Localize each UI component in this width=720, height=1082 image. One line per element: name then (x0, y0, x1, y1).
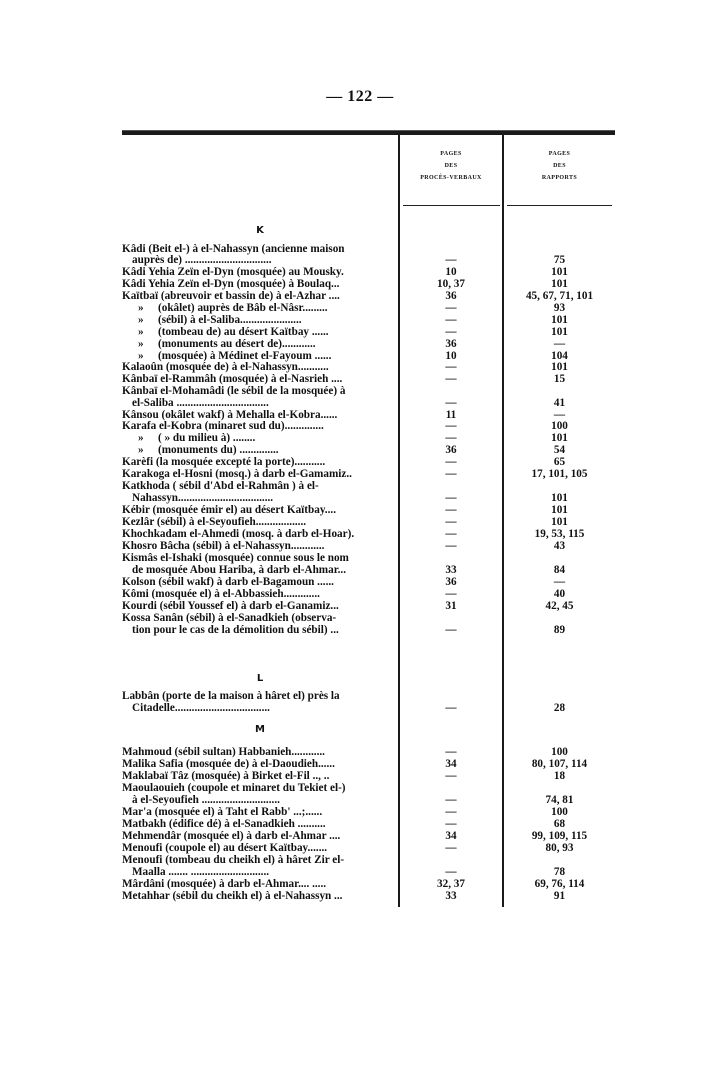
pages-proces-verbaux: — (400, 314, 502, 326)
index-row: Khochkadam el-Ahmedi (mosq. à darb el-Ho… (122, 528, 615, 540)
entry-text: (sébil) à el-Saliba.....................… (158, 314, 302, 326)
entry-text: (tombeau de) au désert Kaïtbay ...... (158, 326, 329, 338)
entry-text: Matbakh (édifice dé) à el-Sanadkieh ....… (122, 818, 398, 830)
index-row: Kômi (mosquée el) à el-Abbassieh........… (122, 588, 615, 600)
index-row: Kossa Sanân (sébil) à el-Sanadkieh (obse… (122, 612, 615, 624)
pages-proces-verbaux: — (400, 468, 502, 480)
pages-proces-verbaux: — (400, 420, 502, 432)
pages-rapports: 101 (504, 492, 615, 504)
header-line: PAGES (504, 148, 615, 160)
index-row: Karèfi (la mosquée excepté la porte)....… (122, 456, 615, 468)
entry-text: (okâlet) auprès de Bâb el-Nâsr......... (158, 302, 328, 314)
pages-proces-verbaux: — (400, 504, 502, 516)
section-letter-m: M (122, 724, 398, 735)
pages-rapports: 93 (504, 302, 615, 314)
entry-text: Mar'a (mosquée el) à Taht el Rabb' ...;.… (122, 806, 398, 818)
index-row: Kânbaï el-Rammâh (mosquée) à el-Nasrieh … (122, 373, 615, 385)
pages-rapports: 75 (504, 254, 615, 266)
entry-text: Nahassyn................................… (132, 492, 398, 504)
pages-proces-verbaux: — (400, 842, 502, 854)
pages-proces-verbaux: — (400, 540, 502, 552)
pages-proces-verbaux: — (400, 528, 502, 540)
pages-rapports: 78 (504, 866, 615, 878)
ditto-mark: » (138, 326, 144, 338)
entry-text: Kânbaï el-Mohamâdi (le sébil de la mosqu… (122, 385, 398, 397)
pages-proces-verbaux: 31 (400, 600, 502, 612)
pages-proces-verbaux: — (400, 794, 502, 806)
index-row: Karafa el-Kobra (minaret sud du)........… (122, 420, 615, 432)
pages-rapports: 101 (504, 361, 615, 373)
entry-text: Maoulaouieh (coupole et minaret du Tekie… (122, 782, 398, 794)
index-row: auprès de) .............................… (122, 254, 615, 266)
index-row: »(tombeau de) au désert Kaïtbay ......—1… (122, 326, 615, 338)
pages-rapports: 101 (504, 314, 615, 326)
pages-proces-verbaux: 10 (400, 266, 502, 278)
page-number: — 122 — (0, 88, 720, 106)
index-row: Labbân (porte de la maison à hâret el) p… (122, 690, 615, 702)
index-row: Kolson (sébil wakf) à darb el-Bagamoun .… (122, 576, 615, 588)
entry-text: Karafa el-Kobra (minaret sud du)........… (122, 420, 398, 432)
pages-proces-verbaux: 34 (400, 758, 502, 770)
entry-text: Kébir (mosquée émir el) au désert Kaïtba… (122, 504, 398, 516)
index-row: Maalla ....... .........................… (122, 866, 615, 878)
pages-rapports: 91 (504, 890, 615, 902)
header-line: DES (400, 160, 502, 172)
pages-rapports: 101 (504, 432, 615, 444)
index-row: Menoufi (coupole el) au désert Kaïtbay..… (122, 842, 615, 854)
pages-proces-verbaux: — (400, 302, 502, 314)
pages-proces-verbaux: — (400, 746, 502, 758)
entry-text: Kâdi Yehia Zeïn el-Dyn (mosquée) au Mous… (122, 266, 398, 278)
index-row: Kaïtbaï (abreuvoir et bassin de) à el-Az… (122, 290, 615, 302)
entry-text: Maalla ....... .........................… (132, 866, 398, 878)
pages-rapports: 80, 107, 114 (504, 758, 615, 770)
pages-rapports: 68 (504, 818, 615, 830)
entry-text: Karakoga el-Hosni (mosq.) à darb el-Gama… (122, 468, 398, 480)
pages-proces-verbaux: 10, 37 (400, 278, 502, 290)
pages-proces-verbaux: — (400, 588, 502, 600)
pages-rapports: 69, 76, 114 (504, 878, 615, 890)
pages-proces-verbaux: 36 (400, 576, 502, 588)
entry-text: Kaïtbaï (abreuvoir et bassin de) à el-Az… (122, 290, 398, 302)
pages-rapports: 15 (504, 373, 615, 385)
pages-proces-verbaux: — (400, 770, 502, 782)
pages-proces-verbaux: — (400, 361, 502, 373)
entry-text: Mehmendâr (mosquée el) à darb el-Ahmar .… (122, 830, 398, 842)
pages-rapports: 101 (504, 516, 615, 528)
entry-text: Kourdi (sébil Youssef el) à darb el-Gana… (122, 600, 398, 612)
index-row: Kezlâr (sébil) à el-Seyoufieh...........… (122, 516, 615, 528)
pages-proces-verbaux: 34 (400, 830, 502, 842)
entry-text: (monuments du) .............. (158, 444, 279, 456)
index-row: el-Saliba ..............................… (122, 397, 615, 409)
ditto-mark: » (138, 314, 144, 326)
index-row: »(okâlet) auprès de Bâb el-Nâsr.........… (122, 302, 615, 314)
index-row: »(monuments au désert de)............36— (122, 338, 615, 350)
entry-text: Malika Safia (mosquée de) à el-Daoudieh.… (122, 758, 398, 770)
entry-text: Katkhoda ( sébil d'Abd el-Rahmân ) à el- (122, 480, 398, 492)
index-row: Citadelle...............................… (122, 702, 615, 714)
index-row: Menoufi (tombeau du cheikh el) à hâret Z… (122, 854, 615, 866)
index-row: Mârdâni (mosquée) à darb el-Ahmar.... ..… (122, 878, 615, 890)
entry-text: Kânbaï el-Rammâh (mosquée) à el-Nasrieh … (122, 373, 398, 385)
index-row: Kourdi (sébil Youssef el) à darb el-Gana… (122, 600, 615, 612)
pages-proces-verbaux: 33 (400, 890, 502, 902)
entry-text: tion pour le cas de la démolition du séb… (132, 624, 398, 636)
pages-rapports: 101 (504, 504, 615, 516)
index-row: Matbakh (édifice dé) à el-Sanadkieh ....… (122, 818, 615, 830)
entry-text: de mosquée Abou Hariba, à darb el-Ahmar.… (132, 564, 398, 576)
pages-rapports: 74, 81 (504, 794, 615, 806)
pages-proces-verbaux: — (400, 254, 502, 266)
entry-text: à el-Seyoufieh .........................… (132, 794, 398, 806)
index-row: »(sébil) à el-Saliba....................… (122, 314, 615, 326)
entry-text: Mahmoud (sébil sultan) Habbanieh........… (122, 746, 398, 758)
pages-rapports: 99, 109, 115 (504, 830, 615, 842)
pages-proces-verbaux: 36 (400, 444, 502, 456)
index-row: Kébir (mosquée émir el) au désert Kaïtba… (122, 504, 615, 516)
pages-proces-verbaux: — (400, 456, 502, 468)
header-line: DES (504, 160, 615, 172)
index-row: Katkhoda ( sébil d'Abd el-Rahmân ) à el- (122, 480, 615, 492)
pages-proces-verbaux: 36 (400, 290, 502, 302)
pages-rapports: 45, 67, 71, 101 (504, 290, 615, 302)
index-row: Maoulaouieh (coupole et minaret du Tekie… (122, 782, 615, 794)
pages-rapports: 43 (504, 540, 615, 552)
pages-proces-verbaux: — (400, 516, 502, 528)
index-row: Kânbaï el-Mohamâdi (le sébil de la mosqu… (122, 385, 615, 397)
pages-rapports: 28 (504, 702, 615, 714)
index-row: Kâdi Yehia Zeïn el-Dyn (mosquée) au Mous… (122, 266, 615, 278)
index-row: Mar'a (mosquée el) à Taht el Rabb' ...;.… (122, 806, 615, 818)
entry-text: Kâdi Yehia Zeïn el-Dyn (mosquée) à Boula… (122, 278, 398, 290)
header-line: PAGES (400, 148, 502, 160)
section-letter-k: K (122, 225, 398, 236)
index-row: Nahassyn................................… (122, 492, 615, 504)
entry-text: Menoufi (coupole el) au désert Kaïtbay..… (122, 842, 398, 854)
entry-text: Kezlâr (sébil) à el-Seyoufieh...........… (122, 516, 398, 528)
index-row: de mosquée Abou Hariba, à darb el-Ahmar.… (122, 564, 615, 576)
pages-proces-verbaux: 33 (400, 564, 502, 576)
index-row: Kâdi Yehia Zeïn el-Dyn (mosquée) à Boula… (122, 278, 615, 290)
pages-proces-verbaux: — (400, 702, 502, 714)
index-row: tion pour le cas de la démolition du séb… (122, 624, 615, 636)
entry-text: el-Saliba ..............................… (132, 397, 398, 409)
pages-proces-verbaux: — (400, 326, 502, 338)
pages-rapports: 65 (504, 456, 615, 468)
pages-rapports: 41 (504, 397, 615, 409)
index-row: Mehmendâr (mosquée el) à darb el-Ahmar .… (122, 830, 615, 842)
entry-text: Menoufi (tombeau du cheikh el) à hâret Z… (122, 854, 398, 866)
pages-rapports: 17, 101, 105 (504, 468, 615, 480)
pages-rapports: 89 (504, 624, 615, 636)
pages-rapports: 84 (504, 564, 615, 576)
pages-rapports: 101 (504, 266, 615, 278)
index-row: Kalaoûn (mosquée de) à el-Nahassyn......… (122, 361, 615, 373)
pages-proces-verbaux: 32, 37 (400, 878, 502, 890)
index-row: » (monuments du) ..............3654 (122, 444, 615, 456)
pages-proces-verbaux: — (400, 818, 502, 830)
entry-text: Karèfi (la mosquée excepté la porte)....… (122, 456, 398, 468)
entry-text: ( » du milieu à) ........ (158, 432, 255, 444)
pages-proces-verbaux: — (400, 806, 502, 818)
index-row: Maklabaï Tâz (mosquée) à Birket el-Fil .… (122, 770, 615, 782)
top-rule (122, 130, 615, 135)
section-letter-l: L (122, 673, 398, 684)
pages-rapports: 100 (504, 806, 615, 818)
index-row: Karakoga el-Hosni (mosq.) à darb el-Gama… (122, 468, 615, 480)
pages-rapports: 101 (504, 278, 615, 290)
pages-rapports: 101 (504, 326, 615, 338)
entry-text: Citadelle...............................… (132, 702, 398, 714)
entry-text: (monuments au désert de)............ (158, 338, 316, 350)
entry-text: Mârdâni (mosquée) à darb el-Ahmar.... ..… (122, 878, 398, 890)
header-underline-rapports (507, 205, 612, 206)
ditto-mark: » (138, 338, 144, 350)
entry-text: Kismâs el-Ishaki (mosquée) connue sous l… (122, 552, 398, 564)
entry-text: Khochkadam el-Ahmedi (mosq. à darb el-Ho… (122, 528, 398, 540)
pages-rapports: 80, 93 (504, 842, 615, 854)
ditto-mark: » (138, 302, 144, 314)
index-row: Malika Safia (mosquée de) à el-Daoudieh.… (122, 758, 615, 770)
ditto-mark: » (138, 432, 144, 444)
pages-rapports: — (504, 576, 615, 588)
entry-text: Kômi (mosquée el) à el-Abbassieh........… (122, 588, 398, 600)
column-header-rapports: PAGES DES RAPPORTS (504, 148, 615, 184)
pages-proces-verbaux: — (400, 624, 502, 636)
pages-proces-verbaux: — (400, 866, 502, 878)
index-row: Metahhar (sébil du cheikh el) à el-Nahas… (122, 890, 615, 902)
pages-proces-verbaux: — (400, 373, 502, 385)
entry-text: Metahhar (sébil du cheikh el) à el-Nahas… (122, 890, 398, 902)
entry-text: auprès de) .............................… (132, 254, 398, 266)
entry-text: Khosro Bâcha (sébil) à el-Nahassyn......… (122, 540, 398, 552)
column-header-proces-verbaux: PAGES DES PROCÈS-VERBAUX (400, 148, 502, 184)
entry-text: Kolson (sébil wakf) à darb el-Bagamoun .… (122, 576, 398, 588)
header-underline-proces-verbaux (403, 205, 500, 206)
pages-proces-verbaux: — (400, 432, 502, 444)
pages-rapports: 54 (504, 444, 615, 456)
entry-text: Maklabaï Tâz (mosquée) à Birket el-Fil .… (122, 770, 398, 782)
index-row: » ( » du milieu à) ........—101 (122, 432, 615, 444)
ditto-mark: » (138, 444, 144, 456)
index-row: Kismâs el-Ishaki (mosquée) connue sous l… (122, 552, 615, 564)
pages-rapports: — (504, 338, 615, 350)
pages-rapports: 19, 53, 115 (504, 528, 615, 540)
header-line: PROCÈS-VERBAUX (400, 172, 502, 184)
pages-proces-verbaux: 36 (400, 338, 502, 350)
pages-proces-verbaux: — (400, 492, 502, 504)
pages-proces-verbaux: — (400, 397, 502, 409)
header-line: RAPPORTS (504, 172, 615, 184)
entry-text: Labbân (porte de la maison à hâret el) p… (122, 690, 398, 702)
index-row: Mahmoud (sébil sultan) Habbanieh........… (122, 746, 615, 758)
pages-rapports: 100 (504, 420, 615, 432)
pages-rapports: 18 (504, 770, 615, 782)
entry-text: Kossa Sanân (sébil) à el-Sanadkieh (obse… (122, 612, 398, 624)
pages-rapports: 40 (504, 588, 615, 600)
pages-rapports: 42, 45 (504, 600, 615, 612)
index-row: à el-Seyoufieh .........................… (122, 794, 615, 806)
entry-text: Kalaoûn (mosquée de) à el-Nahassyn......… (122, 361, 398, 373)
pages-rapports: 100 (504, 746, 615, 758)
index-row: Khosro Bâcha (sébil) à el-Nahassyn......… (122, 540, 615, 552)
